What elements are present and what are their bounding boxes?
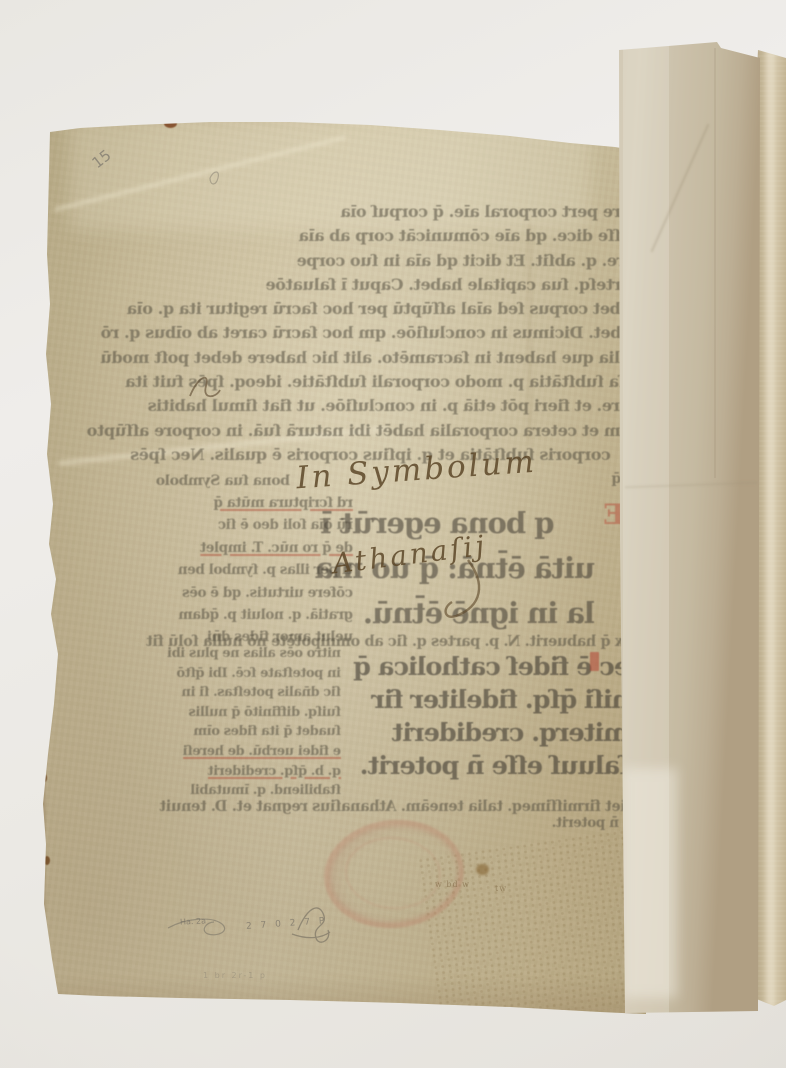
showthrough-text-line: Ealia que habent in ſacramēto. alit hic …: [153, 346, 642, 370]
showthrough-text-line: ut euariet firmiſſimeq. talia teneām. At…: [183, 798, 682, 815]
showthrough-text-line: parteſq. ſua capitale habet. Caput ī ſal…: [153, 273, 642, 297]
showthrough-upper-text-block: uere pert corporal aīe. q̄ corpuſ oīapoſ…: [153, 200, 642, 467]
top-edge-stain: [164, 119, 177, 128]
showthrough-text-line: n̄ poterit.: [553, 815, 619, 831]
manuscript-leaf: uere pert corporal aīe. q̄ corpuſ oīapoſ…: [40, 114, 646, 1016]
library-stamp-inner-ring: [343, 834, 444, 913]
guard-strip-bright-area: [621, 768, 677, 998]
showthrough-text-line: uere pert corporal aīe. q̄ corpuſ oīa: [153, 200, 642, 224]
showthrough-display-line: niſi q̄ſq. fideliter fir: [320, 684, 630, 717]
pencil-annotation: 2 7 0 2 7 P: [246, 916, 328, 932]
showthrough-display-line: ec ē fideſ catholica q̄: [320, 651, 630, 684]
showthrough-text-line: bona ſua Symbolo: [193, 473, 290, 489]
showthrough-text-line: nam et cetera corporalia habēt ibi natur…: [153, 419, 642, 443]
leaf-bottom-shading: [40, 976, 646, 1016]
edge-fleck: [42, 774, 47, 782]
showthrough-gloss-line: ſic dn̄alis poteſtas. ſi in: [183, 683, 341, 703]
stain-spot: [476, 864, 489, 875]
pencil-folio-number: 15: [88, 146, 114, 172]
showthrough-bottom-line: ut euariet firmiſſimeq. talia teneām. At…: [183, 798, 682, 815]
showthrough-display-line: la in ignē ēt̄nū.: [288, 591, 595, 636]
pencil-annotation: 1 br 2r-1 p: [203, 971, 267, 980]
showthrough-display-line: ſaluuſ eſſe n̄ poterit.: [320, 750, 630, 783]
paper-guard-strip: [617, 40, 763, 1014]
pencil-annotation: Ha. 2a: [180, 916, 206, 926]
showthrough-display-text-lower: ec ē fideſ catholica q̄niſi q̄ſq. fideli…: [320, 651, 630, 783]
offset-ink-trace: w bd w: [435, 880, 470, 889]
showthrough-display-line: miterq. crediderit: [320, 717, 630, 750]
showthrough-gloss-line: e fidei uerbū. de hereſi: [183, 742, 341, 762]
edge-fleck: [44, 856, 50, 865]
guard-strip-crease: [714, 48, 716, 478]
showthrough-text-line: habet corpus ſed aīal aſſūptū per hoc ſa…: [153, 297, 642, 321]
showthrough-gloss-column-lower: nitro oēs alias ne plus ibiin poteſtate …: [183, 644, 341, 801]
fore-edge-highlight: [766, 50, 774, 1008]
showthrough-gloss-line: ſuadet q̄ ita fides oīm: [183, 722, 341, 742]
showthrough-bottom-line-end: n̄ poterit.: [553, 815, 619, 831]
showthrough-gloss-line: nitro oēs alias ne plus ibi: [183, 644, 341, 664]
showthrough-text-line: debet. Dicimus in concluſiōe. qm hoc ſac…: [153, 321, 642, 345]
edge-fleck: [43, 702, 49, 712]
pencil-smudge: [210, 172, 218, 184]
showthrough-text-line: poſſe dice. qd aīe cōmunicāt corp ab aīa: [153, 224, 642, 248]
showthrough-catchline: bona ſua Symbolo: [193, 473, 290, 489]
showthrough-gloss-line: in poteſtate ſcē. Ibi q̄ſtō: [183, 664, 341, 684]
showthrough-gloss-line: ſuiſq. diffinitō q̄ nullis: [183, 703, 341, 723]
rubric-initial-bar-showthrough: [590, 652, 599, 671]
showthrough-text-line: iure. q. abſit. Et dicit qd aīa in ſuo c…: [153, 249, 642, 273]
manuscript-photograph: uere pert corporal aīe. q̄ corpuſ oīapoſ…: [0, 0, 786, 1068]
offset-ink-trace: tw: [495, 884, 507, 893]
showthrough-gloss-line: q. b. q̄ſq. crediderit: [183, 762, 341, 782]
showthrough-text-line: pure. et fieri pōt etiā p. in concluſiōe…: [153, 394, 642, 418]
showthrough-text-line: ipſa ſubſtātia p. modo corporali ſubſtāt…: [153, 370, 642, 394]
